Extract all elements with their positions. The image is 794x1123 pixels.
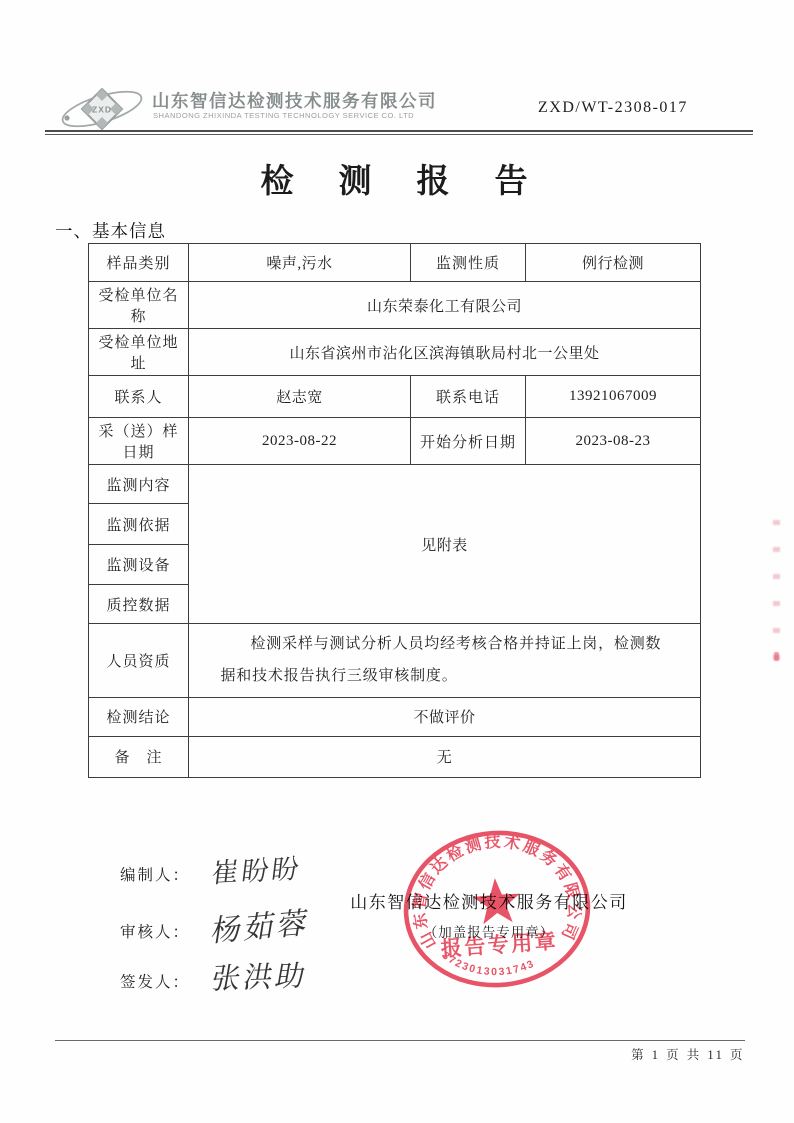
table-row: 样品类别 噪声,污水 监测性质 例行检测 (89, 244, 701, 282)
personnel-qualification-text: 检测采样与测试分析人员均经考核合格并持证上岗，检测数据和技术报告执行三级审核制度… (221, 628, 667, 693)
label-client-address: 受检单位地址 (89, 329, 189, 376)
label-contact-person: 联系人 (89, 376, 189, 418)
seal-bottom-label: 报告专用章 (440, 929, 559, 961)
compiler-label: 编制人： (120, 867, 190, 884)
compiler-signature: 崔盼盼 (210, 846, 305, 890)
label-sampling-date: 采（送）样日期 (89, 418, 189, 465)
page-number: 第 1 页 共 11 页 (0, 1045, 745, 1063)
table-row: 人员资质 检测采样与测试分析人员均经考核合格并持证上岗，检测数据和技术报告执行三… (89, 624, 701, 698)
table-row: 联系人 赵志宽 联系电话 13921067009 (89, 376, 701, 418)
label-client-name: 受检单位名称 (89, 282, 189, 329)
reviewer-signature: 杨茹蓉 (209, 897, 315, 950)
label-monitor-content: 监测内容 (89, 465, 189, 504)
value-sampling-date: 2023-08-22 (189, 418, 411, 465)
signature-row-compiler: 编制人： 崔盼盼 (120, 849, 302, 888)
logo-text: ZXD (92, 105, 112, 115)
label-remarks: 备 注 (89, 736, 189, 777)
label-contact-phone: 联系电话 (411, 376, 526, 418)
value-client-name: 山东荣泰化工有限公司 (189, 282, 701, 329)
signature-row-reviewer: 审核人： 杨茹蓉 (120, 902, 311, 946)
report-page: ZXD 山东智信达检测技术服务有限公司 SHANDONG ZHIXINDA TE… (0, 0, 794, 1123)
table-row: 检测结论 不做评价 (89, 697, 701, 736)
label-analysis-date: 开始分析日期 (411, 418, 526, 465)
basic-info-table: 样品类别 噪声,污水 监测性质 例行检测 受检单位名称 山东荣泰化工有限公司 受… (88, 243, 701, 778)
value-remarks: 无 (189, 736, 701, 777)
label-monitor-equipment: 监测设备 (89, 545, 189, 585)
value-personnel-qualification: 检测采样与测试分析人员均经考核合格并持证上岗，检测数据和技术报告执行三级审核制度… (189, 624, 701, 698)
section-heading-basic-info: 一、基本信息 (55, 218, 166, 243)
value-sample-type: 噪声,污水 (189, 244, 411, 282)
value-client-address: 山东省滨州市沾化区滨海镇耿局村北一公里处 (189, 329, 701, 376)
label-test-conclusion: 检测结论 (89, 697, 189, 736)
report-title: 检 测 报 告 (0, 155, 794, 202)
stamp-bleed-dot (774, 652, 779, 661)
value-analysis-date: 2023-08-23 (526, 418, 701, 465)
reviewer-label: 审核人： (120, 924, 190, 941)
label-personnel-qualification: 人员资质 (89, 624, 189, 698)
issuer-label: 签发人： (120, 974, 190, 991)
value-see-attached: 见附表 (189, 465, 701, 624)
company-name-cn: 山东智信达检测技术服务有限公司 (152, 88, 437, 113)
seal-star-icon (471, 876, 522, 924)
value-test-conclusion: 不做评价 (189, 697, 701, 736)
signature-row-issuer: 签发人： 张洪助 (120, 955, 308, 996)
table-row: 备 注 无 (89, 736, 701, 777)
stamp-bleed-marks (773, 520, 780, 668)
issuer-signature: 张洪助 (208, 953, 311, 998)
value-contact-person: 赵志宽 (189, 376, 411, 418)
label-qc-data: 质控数据 (89, 585, 189, 624)
value-monitor-nature: 例行检测 (526, 244, 701, 282)
table-row: 监测内容 见附表 (89, 465, 701, 504)
company-name-en: SHANDONG ZHIXINDA TESTING TECHNOLOGY SER… (153, 111, 414, 120)
header-divider (45, 130, 753, 135)
table-row: 受检单位名称 山东荣泰化工有限公司 (89, 282, 701, 329)
table-row: 采（送）样日期 2023-08-22 开始分析日期 2023-08-23 (89, 418, 701, 465)
document-number: ZXD/WT-2308-017 (538, 99, 688, 117)
label-sample-type: 样品类别 (89, 244, 189, 282)
company-seal-stamp: 山东智信达检测技术服务有限公司 报告专用章 3723013031743 (391, 817, 602, 1001)
value-contact-phone: 13921067009 (526, 376, 701, 418)
footer-divider (55, 1040, 745, 1041)
label-monitor-nature: 监测性质 (411, 244, 526, 282)
label-monitor-basis: 监测依据 (89, 504, 189, 545)
table-row: 受检单位地址 山东省滨州市沾化区滨海镇耿局村北一公里处 (89, 329, 701, 376)
